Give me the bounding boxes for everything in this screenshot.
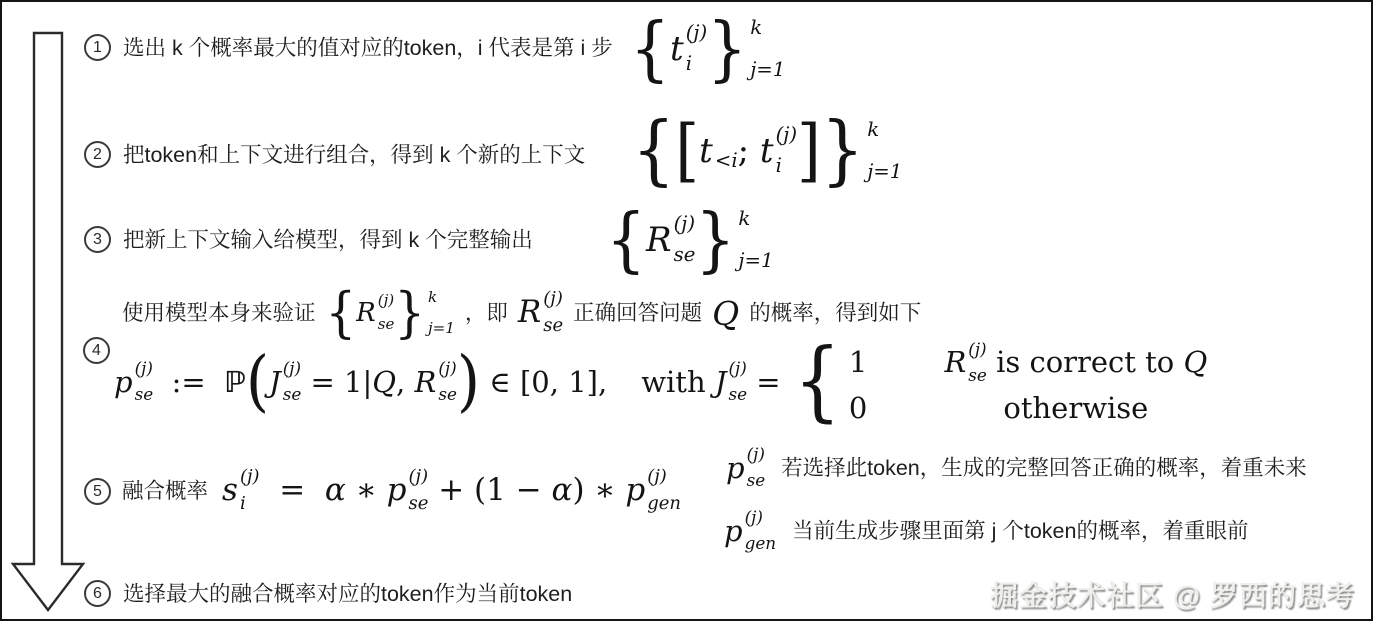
pse-annotation-text: 若选择此token，生成的完整回答正确的概率，着重未来 (781, 456, 1307, 480)
formula-complete-outputs: {R(j)se}kj=1 (606, 200, 774, 280)
step-2-number: 2 (93, 146, 102, 164)
step-1-number: 1 (93, 39, 102, 57)
step-5-label: 融合概率 (122, 479, 208, 503)
step-2-badge: 2 (84, 141, 111, 168)
step-5-line: 融合概率 s(j)i = α ∗ p(j)se + (1 − α) ∗ p(j)… (122, 457, 681, 525)
step-3-number: 3 (93, 231, 102, 249)
math-pse-symbol: p(j)se (726, 446, 765, 490)
step-5-number: 5 (93, 483, 102, 501)
step-4-text-1: 使用模型本身来验证 (122, 301, 316, 325)
watermark: 掘金技术社区 @ 罗西的思考 (990, 574, 1355, 614)
step-4-text-3: 正确回答问题 (573, 301, 702, 325)
step-4-number: 4 (92, 342, 101, 360)
pgen-annotation-text: 当前生成步骤里面第 j 个token的概率，着重眼前 (792, 519, 1248, 543)
pse-annotation-row: p(j)se 若选择此token，生成的完整回答正确的概率，着重未来 (726, 443, 1307, 493)
formula-new-contexts: {[t<i; t(j)i]}kj=1 (632, 108, 902, 194)
algorithm-steps-diagram: 1 选出 k 个概率最大的值对应的token，i 代表是第 i 步 {t(j)i… (0, 0, 1373, 621)
step-5-badge: 5 (84, 478, 111, 505)
step-6-label: 选择最大的融合概率对应的token作为当前token (123, 582, 572, 606)
step-2-label: 把token和上下文进行组合，得到 k 个新的上下文 (123, 143, 585, 167)
math-rse: R(j)se (518, 290, 563, 337)
math-new-contexts: {[t<i; t(j)i]}kj=1 (632, 117, 902, 185)
math-fused-probability: s(j)i = α ∗ p(j)se + (1 − α) ∗ p(j)gen (222, 468, 681, 515)
step-4-text-4: 的概率，得到如下 (749, 301, 921, 325)
math-verify-set: {R(j)se}kj=1 (326, 289, 455, 337)
math-topk-token-set: {t(j)i}kj=1 (630, 18, 785, 81)
step-3-badge: 3 (84, 226, 111, 253)
step-6-number: 6 (93, 585, 102, 603)
step-4-badge: 4 (83, 337, 110, 364)
math-pse-definition: p(j)se := ℙ(J(j)se = 1|Q, R(j)se) ∈ [0, … (114, 341, 1251, 424)
math-complete-outputs: {R(j)se}kj=1 (606, 209, 774, 272)
step-4-text-2: ，即 (465, 301, 508, 325)
step-1-badge: 1 (84, 34, 111, 61)
flow-arrow-down-icon (2, 2, 97, 621)
formula-topk-token-set: {t(j)i}kj=1 (630, 14, 785, 84)
math-pgen-symbol: p(j)gen (724, 509, 776, 553)
step-1-label: 选出 k 个概率最大的值对应的token，i 代表是第 i 步 (123, 36, 613, 60)
step-6-badge: 6 (84, 580, 111, 607)
pgen-annotation-row: p(j)gen 当前生成步骤里面第 j 个token的概率，着重眼前 (724, 506, 1248, 556)
math-question-q: Q (712, 297, 739, 330)
step-3-label: 把新上下文输入给模型，得到 k 个完整输出 (123, 228, 533, 252)
formula-pse-definition: p(j)se := ℙ(J(j)se = 1|Q, R(j)se) ∈ [0, … (114, 339, 1251, 425)
